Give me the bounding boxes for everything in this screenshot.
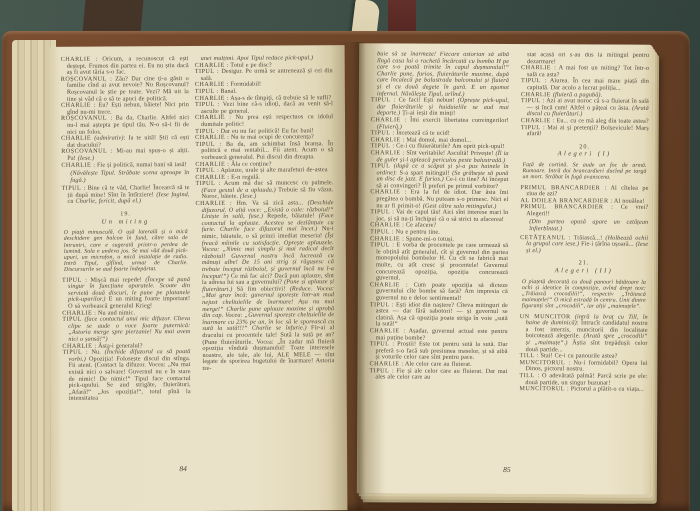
dialogue-block: TIPUL : Ce faci! Ești nebun! (Oprește pi… xyxy=(371,97,509,118)
dialogue-block: TIPUL (după ce a scăpat și și-a pus hain… xyxy=(370,163,508,190)
speaker-name: CHARLIE xyxy=(61,102,91,109)
cont-italic-block: buie să se înarmeze! Fiecare astorian să… xyxy=(371,51,509,98)
dialogue-block: CHARLIE : Oricum, a recunoscut că ești d… xyxy=(61,56,189,77)
dialogue-block: CHARLIE : Cum poate opoziția să dicteze … xyxy=(370,282,508,303)
left-page-column-1: CHARLIE : Oricum, a recunoscut că ești d… xyxy=(61,56,192,505)
dialogue-block: TIPUL : Fie și ale celor care au fluiera… xyxy=(369,368,507,382)
speaker-name: TIPUL xyxy=(521,124,541,131)
intro-block: Față de cortină. Se aude un foc de armă.… xyxy=(522,162,646,181)
dialogue-block: TIPUL : Ba da, am schimbat însă branșa. … xyxy=(195,141,333,162)
right-page-column-2: stat acasă ori s-au dus la mitingul pent… xyxy=(519,52,649,485)
right-page-number: 85 xyxy=(487,465,527,474)
speaker-name: TIPUL xyxy=(195,68,215,75)
dialogue-block: ROȘCOVANUL : Zău? Dar cine ți-a găsit o … xyxy=(61,76,189,103)
book-photo: CHARLIE : Oricum, a recunoscut că ești d… xyxy=(0,0,700,511)
left-page: CHARLIE : Oricum, a recunoscut că ești d… xyxy=(49,45,348,511)
dialogue-block: TIPUL : E vorba de procentele pe care ur… xyxy=(370,243,508,283)
speaker-name: CHARLIE xyxy=(370,281,400,288)
speaker-name: ROȘCOVANUL xyxy=(61,115,107,122)
speaker-name: MUNCITORUL xyxy=(519,385,565,392)
heading-number-block: 19. xyxy=(62,211,190,218)
speaker-name: PRIMUL BRANCARDIER xyxy=(520,184,600,191)
speaker-name: CHARLIE xyxy=(61,161,91,168)
speaker-name: CHARLIE xyxy=(370,327,400,334)
heading-title-block: Alegeri (I) xyxy=(521,151,649,158)
dialogue-block: TIPUL : Bine că te văd, Charlie! Încearc… xyxy=(61,185,189,206)
dialogue-block: MUNCITORUL : Pictorul a plătit-o cu viaț… xyxy=(519,386,647,393)
dialogue-block: TIPUL : Acum mă duc să muncesc cu palmel… xyxy=(195,180,333,201)
speaker-name: ROȘCOVANUL xyxy=(61,75,107,82)
speaker-name: TIPUL xyxy=(370,242,390,249)
dialogue-block: TIPUL : Ești idiot din naștere? Cîteva m… xyxy=(370,302,508,329)
dialogue-block: CHARLIE : Hm. Va să zică asta... (Deschi… xyxy=(196,200,335,372)
speaker-name: MUNCITORUL xyxy=(519,359,565,366)
dialogue-block: TIPUL : Mai ai și pretenții? Bolșevicule… xyxy=(521,125,649,139)
speaker-name: TIPUL xyxy=(369,367,389,374)
speaker-name: CHARLIE xyxy=(370,189,400,196)
speaker-name: CHARLIE xyxy=(521,64,551,71)
dialogue-block: TIPUL : Azi ai avut noroc că s-a fluiera… xyxy=(521,98,649,118)
right-page: buie să se înarmeze! Fiecare astorian să… xyxy=(357,43,653,495)
right-page-column-1: buie să se înarmeze! Fiecare astorian să… xyxy=(369,51,509,484)
speaker-name: CHARLIE xyxy=(61,135,91,142)
dialogue-block: CETĂȚEANUL : Trăiască...! (Holbează ochi… xyxy=(520,235,648,255)
speaker-name: TIPUL xyxy=(370,301,390,308)
heading-title-block: Un miting xyxy=(62,219,190,226)
stage-block: (Năvălește Tipul. Străbate scena aproape… xyxy=(61,170,189,184)
background-object xyxy=(83,0,144,33)
stage-block: (Din partea opusă apare un cetățean înfi… xyxy=(520,220,648,234)
dialogue-block: UN MUNCITOR (intră la braț cu Till, în h… xyxy=(520,314,648,354)
speaker-name: TIPUL xyxy=(195,141,215,148)
dialogue-block: CHARLIE : Fie și politică, numai bani să… xyxy=(61,162,189,169)
speaker-name: TIPUL xyxy=(61,185,81,192)
speaker-name: TILL xyxy=(519,372,534,379)
speaker-name: CHARLIE xyxy=(61,56,91,63)
dialogue-block: ROȘCOVANUL : Ba da, Charlie. Altfel nici… xyxy=(61,115,189,136)
speaker-name: CHARLIE xyxy=(195,114,225,121)
heading-title-block: Alegeri (II) xyxy=(520,268,648,275)
speaker-name: TIPUL xyxy=(195,101,215,108)
dialogue-block: PRIMUL BRANCARDIER : Ce vrei? Alegeri!! xyxy=(520,204,648,218)
dialogue-block: TIPUL : Nu. (Închide difuzorul ca să poa… xyxy=(62,349,190,403)
speaker-name: PRIMUL BRANCARDIER xyxy=(520,203,603,210)
speaker-name: TIPUL xyxy=(521,97,541,104)
dialogue-block: TIPUL : Mișcă mai repede! (Începe să pun… xyxy=(62,277,190,311)
dialogue-block: TIPUL : Proștii! Este tot pentru sută la… xyxy=(370,341,508,362)
left-page-number: 84 xyxy=(163,464,203,473)
dialogue-block: TIPUL (face contactul unui mic difuzor. … xyxy=(62,316,190,343)
speaker-name: TIPUL xyxy=(521,77,541,84)
speaker-name: TIPUL xyxy=(370,209,390,216)
intro-block: O piațetă decorată cu două panouri bătăt… xyxy=(522,279,646,311)
intro-block: O piață minusculă. O ușă laterală și o m… xyxy=(64,229,188,273)
speaker-name: TIPUL xyxy=(370,340,390,347)
left-page-column-2: unei mulțimi. Apoi Tipul reduce pick-upu… xyxy=(195,55,336,504)
dialogue-block: CHARLIE : Era la fel de idiot. Dar ăsta … xyxy=(370,190,508,211)
